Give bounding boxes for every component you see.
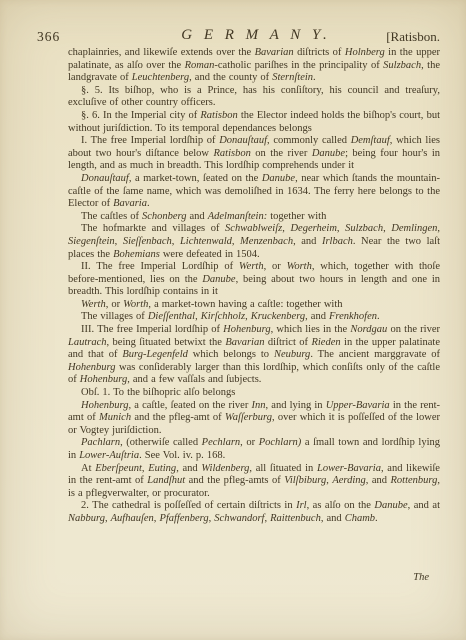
text-segment: , <box>115 236 123 247</box>
italic-text-segment: Bohemians <box>113 249 160 260</box>
italic-text-segment: Chamb <box>345 513 375 524</box>
italic-text-segment: Pachlarn <box>81 437 120 448</box>
text-segment: , and <box>176 463 201 474</box>
text-segment: , <box>337 223 345 234</box>
page-number: 366 <box>37 29 60 45</box>
text-segment: and <box>187 211 208 222</box>
italic-text-segment: Landſhut <box>147 475 185 486</box>
italic-text-segment: Kruckenberg <box>251 311 305 322</box>
paragraph: Werth, or Worth, a market-town having a … <box>68 299 440 312</box>
text-segment: Obſ. 1. To the biſhopric alſo belongs <box>81 387 235 398</box>
text-segment: , or <box>240 437 259 448</box>
italic-text-segment: Inn <box>252 400 266 411</box>
italic-text-segment: Menzenbach <box>240 236 293 247</box>
text-segment: , being ſituated betwixt the <box>107 337 226 348</box>
text-segment: on the river <box>251 148 312 159</box>
italic-text-segment: Sternſtein <box>272 72 313 83</box>
italic-text-segment: Irlbach <box>322 236 353 247</box>
paragraph: The villages of Dieſſenthal, Kirſchholz,… <box>68 311 440 324</box>
text-segment: -catholic pariſhes in the principality o… <box>214 60 383 71</box>
italic-text-segment: Holnberg <box>345 47 385 58</box>
italic-text-segment: Sieſſenbach <box>123 236 172 247</box>
italic-text-segment: Irl <box>296 500 307 511</box>
running-title: G E R M A N Y. <box>181 27 331 44</box>
text-segment: diſtrict of <box>264 337 311 348</box>
text-segment: , and <box>293 236 322 247</box>
text-segment: , and lying in <box>266 400 326 411</box>
italic-text-segment: Rieden <box>311 337 340 348</box>
italic-text-segment: Rottenburg <box>391 475 438 486</box>
text-segment: chaplainries, and likewiſe extends over … <box>68 47 255 58</box>
paragraph: 2. The cathedral is poſſeſſed of certain… <box>68 500 440 525</box>
paragraph: At Eberſpeunt, Euting, and Wildenberg, a… <box>68 463 440 501</box>
text-segment: , and <box>366 475 391 486</box>
italic-text-segment: Ratisbon <box>213 148 250 159</box>
text-segment: At <box>81 463 95 474</box>
italic-text-segment: Nabburg <box>68 513 105 524</box>
text-segment: III. The free Imperial lordſhip of <box>81 324 223 335</box>
text-segment: 2. The cathedral is poſſeſſed of certain… <box>81 500 296 511</box>
text-segment: , and <box>321 513 345 524</box>
text-segment: §. 5. Its biſhop, who is a Prince, has h… <box>68 85 440 109</box>
italic-text-segment: Lower-Auſtria <box>79 450 139 461</box>
text-segment: and the pfleg-amts of <box>185 475 284 486</box>
text-segment: , and <box>305 311 329 322</box>
italic-text-segment: Aerding <box>332 475 365 486</box>
italic-text-segment: Pfaffenberg <box>159 513 208 524</box>
book-page: 366 G E R M A N Y. [Ratisbon. chaplainri… <box>0 0 466 640</box>
text-segment: , and the county of <box>189 72 272 83</box>
italic-text-segment: Lautrach <box>68 337 107 348</box>
text-segment: , <box>232 236 240 247</box>
header-section-label: [Ratisbon. <box>386 29 440 45</box>
italic-text-segment: Hohenburg <box>68 362 115 373</box>
italic-text-segment: Leuchtenberg <box>132 72 189 83</box>
italic-text-segment: Schwablweiſz <box>225 223 282 234</box>
italic-text-segment: Degerheim <box>290 223 336 234</box>
text-segment: together with <box>267 211 326 222</box>
italic-text-segment: Upper-Bavaria <box>326 400 390 411</box>
italic-text-segment: Bavaria <box>113 198 147 209</box>
catchword: The <box>413 572 429 583</box>
italic-text-segment: Roman <box>185 60 215 71</box>
text-segment: , a market-town, ſeated on the <box>129 173 262 184</box>
text-segment: which belongs to <box>188 349 274 360</box>
italic-text-segment: Werth <box>81 299 106 310</box>
italic-text-segment: Bavarian <box>255 47 294 58</box>
italic-text-segment: Euting <box>148 463 176 474</box>
paragraph: The hofmarkte and villages of Schwablwei… <box>68 223 440 261</box>
italic-text-segment: Worth <box>287 261 312 272</box>
italic-text-segment: Hohenburg <box>81 400 128 411</box>
italic-text-segment: Waſſerburg <box>225 412 272 423</box>
paragraph: Obſ. 1. To the biſhopric alſo belongs <box>68 387 440 400</box>
text-segment: . <box>313 72 316 83</box>
text-segment: . The ancient marggravate of <box>310 349 440 360</box>
italic-text-segment: Neuburg <box>274 349 310 360</box>
italic-text-segment: Hohenburg <box>80 374 127 385</box>
text-segment: were defeated in 1504. <box>160 249 260 260</box>
paragraph: chaplainries, and likewiſe extends over … <box>68 47 440 85</box>
text-segment: , <box>437 223 440 234</box>
italic-text-segment: Nordgau <box>350 324 387 335</box>
italic-text-segment: Hohenburg <box>223 324 270 335</box>
italic-text-segment: Eberſpeunt <box>95 463 142 474</box>
text-segment: diſtricts of <box>294 47 345 58</box>
italic-text-segment: Schonberg <box>142 211 187 222</box>
italic-text-segment: Lower-Bavaria <box>317 463 381 474</box>
text-segment: The caſtles of <box>81 211 142 222</box>
paragraph: Pachlarn, (otherwiſe called Pechlarn, or… <box>68 437 440 462</box>
text-segment: , a market-town having a caſtle: togethe… <box>148 299 342 310</box>
italic-text-segment: Danube <box>374 500 407 511</box>
text-segment: . <box>147 198 150 209</box>
italic-text-segment: Munich <box>99 412 131 423</box>
body-text: chaplainries, and likewiſe extends over … <box>68 47 440 526</box>
paragraph: I. The free Imperial lordſhip of Donauſt… <box>68 135 440 173</box>
italic-text-segment: Lichtenwald <box>180 236 232 247</box>
text-segment: , or <box>106 299 123 310</box>
italic-text-segment: Vilſbiburg <box>284 475 326 486</box>
text-segment: The villages of <box>81 311 148 322</box>
text-segment: II. The free Imperial Lordſhip of <box>81 261 239 272</box>
paragraph: §. 5. Its biſhop, who is a Prince, has h… <box>68 85 440 110</box>
text-segment: , (otherwiſe called <box>120 437 202 448</box>
text-segment: , commonly called <box>267 135 351 146</box>
italic-text-segment: Donauſtauf <box>219 135 267 146</box>
text-segment: The hofmarkte and villages of <box>81 223 225 234</box>
italic-text-segment: Adelmanſtein: <box>208 211 267 222</box>
italic-text-segment: Schwandorf <box>214 513 264 524</box>
italic-text-segment: Siegenſtein <box>68 236 115 247</box>
paragraph: Hohenburg, a caſtle, ſeated on the river… <box>68 400 440 438</box>
italic-text-segment: Bavarian <box>225 337 264 348</box>
italic-text-segment: Raittenbuch <box>270 513 321 524</box>
text-segment: I. The free Imperial lordſhip of <box>81 135 219 146</box>
text-segment: . <box>377 311 380 322</box>
paragraph: §. 6. In the Imperial city of Ratisbon t… <box>68 110 440 135</box>
italic-text-segment: Dieſſenthal <box>148 311 195 322</box>
italic-text-segment: Wildenberg <box>201 463 249 474</box>
text-segment: , <box>172 236 180 247</box>
italic-text-segment: Frenkhofen <box>329 311 377 322</box>
text-segment: on the river <box>387 324 440 335</box>
italic-text-segment: Pochlarn) <box>259 437 302 448</box>
italic-text-segment: Burg-Legenfeld <box>122 349 188 360</box>
italic-text-segment: Danube <box>262 173 295 184</box>
italic-text-segment: Worth <box>123 299 148 310</box>
paragraph: The caſtles of Schonberg and Adelmanſtei… <box>68 211 440 224</box>
italic-text-segment: Pechlarn <box>202 437 241 448</box>
text-segment: , a caſtle, ſeated on the river <box>128 400 251 411</box>
italic-text-segment: Danube <box>202 274 235 285</box>
italic-text-segment: Sulzbach <box>383 60 421 71</box>
italic-text-segment: Sulzbach <box>345 223 383 234</box>
text-segment: . <box>375 513 378 524</box>
italic-text-segment: Demlingen <box>391 223 437 234</box>
text-segment: , as alſo on the <box>307 500 375 511</box>
paragraph: II. The free Imperial Lordſhip of Werth,… <box>68 261 440 299</box>
italic-text-segment: Kirſchholz <box>201 311 245 322</box>
text-segment: , which lies in the <box>271 324 351 335</box>
italic-text-segment: Ratisbon <box>200 110 237 121</box>
italic-text-segment: Aufhauſen <box>111 513 154 524</box>
text-segment: §. 6. In the Imperial city of <box>81 110 200 121</box>
paragraph: III. The free Imperial lordſhip of Hohen… <box>68 324 440 387</box>
text-segment: . See Vol. iv. p. 168. <box>139 450 225 461</box>
text-segment: , or <box>264 261 287 272</box>
italic-text-segment: Danube <box>312 148 345 159</box>
text-segment: , and at <box>408 500 440 511</box>
italic-text-segment: Donauſtauf <box>81 173 129 184</box>
text-segment: , and a few vaſſals and ſubjects. <box>127 374 261 385</box>
italic-text-segment: Werth <box>239 261 264 272</box>
text-segment: , all ſituated in <box>249 463 317 474</box>
paragraph: Donauſtauf, a market-town, ſeated on the… <box>68 173 440 211</box>
text-segment: and the pfleg-amt of <box>131 412 225 423</box>
italic-text-segment: Demſtauf <box>351 135 390 146</box>
